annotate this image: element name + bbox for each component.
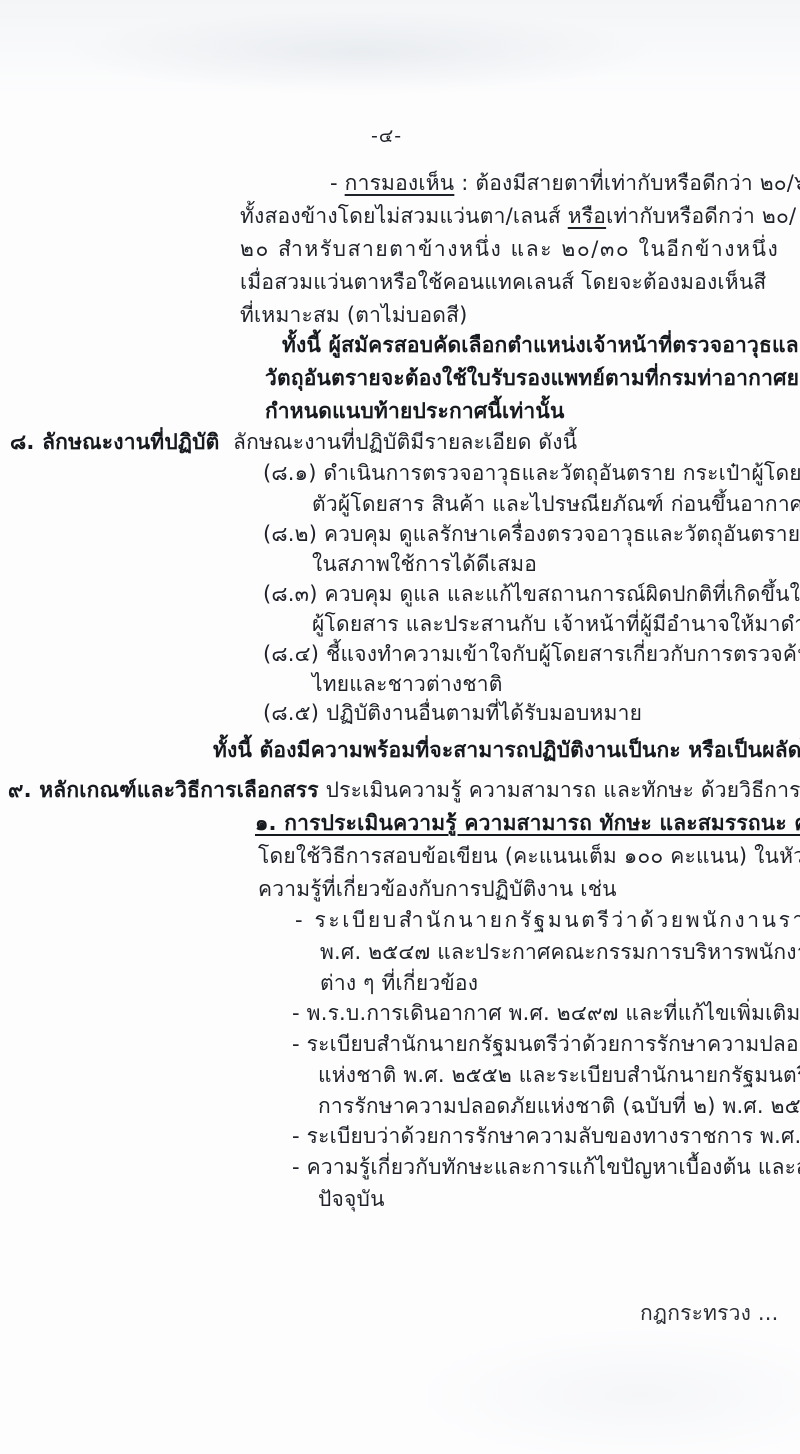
page-number: -๔- bbox=[371, 125, 402, 149]
section9-intro: ประเมินความรู้ ความสามารถ และทักษะ ด้วยว… bbox=[319, 778, 800, 802]
section8-intro: ลักษณะงานที่ปฏิบัติมีรายละเอียด ดังนี้ bbox=[233, 429, 577, 455]
section8-heading: ๘. ลักษณะงานที่ปฏิบัติ bbox=[10, 429, 220, 455]
exam-topic-1-line-1: - ระเบียบสำนักนายกรัฐมนตรีว่าด้วยพนักงาน… bbox=[295, 907, 800, 933]
vision-line-2-before: ทั้งสองข้างโดยไม่สวมแว่นตา/เลนส์ bbox=[240, 204, 568, 228]
exam-topic-2-line-1: - พ.ร.บ.การเดินอากาศ พ.ศ. ๒๔๙๗ และที่แก้… bbox=[292, 1000, 800, 1026]
vision-term-underlined: การมองเห็น bbox=[345, 171, 455, 195]
exam-topic-1-line-2: พ.ศ. ๒๕๔๗ และประกาศคณะกรรมการบริหารพนักง… bbox=[320, 939, 800, 965]
duty-item-8-1-text: ดำเนินการตรวจอาวุธและวัตถุอันตราย กระเป๋… bbox=[323, 461, 800, 485]
vision-line-4: เมื่อสวมแว่นตาหรือใช้คอนแทคเลนส์ โดยจะต้… bbox=[240, 269, 766, 295]
exam-topic-3-line-1: - ระเบียบสำนักนายกรัฐมนตรีว่าด้วยการรักษ… bbox=[292, 1031, 800, 1057]
vision-dash: - bbox=[330, 171, 345, 195]
exam-topic-1-line-3: ต่าง ๆ ที่เกี่ยวข้อง bbox=[320, 970, 478, 996]
vision-line-2: ทั้งสองข้างโดยไม่สวมแว่นตา/เลนส์ หรือเท่… bbox=[240, 203, 796, 229]
duty-item-8-2-line-1: (๘.๒) ควบคุม ดูแลรักษาเครื่องตรวจอาวุธแล… bbox=[263, 521, 800, 547]
duty-item-8-3-line-1: (๘.๓) ควบคุม ดูแล และแก้ไขสถานการณ์ผิดปก… bbox=[263, 581, 800, 607]
duty-item-8-1-line-1: (๘.๑) ดำเนินการตรวจอาวุธและวัตถุอันตราย … bbox=[263, 460, 800, 486]
medical-note-line-1: ทั้งนี้ ผู้สมัครสอบคัดเลือกตำแหน่งเจ้าหน… bbox=[282, 332, 800, 358]
exam-topic-3-line-3: การรักษาความปลอดภัยแห่งชาติ (ฉบับที่ ๒) … bbox=[318, 1093, 800, 1119]
duty-item-8-3-number: (๘.๓) bbox=[263, 582, 318, 606]
exam-topic-4-line-1: - ระเบียบว่าด้วยการรักษาความลับของทางราช… bbox=[292, 1123, 800, 1149]
shift-work-note: ทั้งนี้ ต้องมีความพร้อมที่จะสามารถปฏิบัต… bbox=[213, 737, 800, 763]
duty-item-8-3-text: ควบคุม ดูแล และแก้ไขสถานการณ์ผิดปกติที่เ… bbox=[325, 582, 800, 606]
duty-item-8-4-text: ชี้แจงทำความเข้าใจกับผู้โดยสารเกี่ยวกับก… bbox=[326, 642, 800, 666]
duty-item-8-5-text: ปฏิบัติงานอื่นตามที่ได้รับมอบหมาย bbox=[326, 701, 642, 725]
medical-note-line-3: กำหนดแนบท้ายประกาศนี้เท่านั้น bbox=[265, 398, 565, 424]
vision-line-2-after: เท่ากับหรือดีกว่า ๒๐/ bbox=[606, 204, 796, 228]
duty-item-8-4-number: (๘.๔) bbox=[263, 642, 319, 666]
vision-line-1-rest: : ต้องมีสายตาที่เท่ากับหรือดีกว่า ๒๐/๖๐ bbox=[454, 171, 800, 195]
assessment1-heading: ๑. การประเมินความรู้ ความสามารถ ทักษะ แล… bbox=[255, 810, 800, 836]
medical-note-line-2: วัตถุอันตรายจะต้องใช้ใบรับรองแพทย์ตามที่… bbox=[265, 365, 800, 391]
exam-topic-3-line-2: แห่งชาติ พ.ศ. ๒๕๕๒ และระเบียบสำนักนายกรั… bbox=[318, 1062, 800, 1088]
duty-item-8-5-number: (๘.๕) bbox=[263, 701, 319, 725]
vision-line-5: ที่เหมาะสม (ตาไม่บอดสี) bbox=[240, 302, 468, 328]
duty-item-8-1-line-2: ตัวผู้โดยสาร สินค้า และไปรษณียภัณฑ์ ก่อน… bbox=[312, 491, 800, 517]
scanned-document-page: -๔- - การมองเห็น : ต้องมีสายตาที่เท่ากับ… bbox=[0, 0, 800, 1454]
section9-heading-line: ๙. หลักเกณฑ์และวิธีการเลือกสรร ประเมินคว… bbox=[8, 777, 800, 803]
duty-item-8-1-number: (๘.๑) bbox=[263, 461, 317, 485]
exam-topic-5-line-2: ปัจจุบัน bbox=[318, 1186, 385, 1212]
duty-item-8-2-text: ควบคุม ดูแลรักษาเครื่องตรวจอาวุธและวัตถุ… bbox=[324, 522, 800, 546]
duty-item-8-4-line-2: ไทยและชาวต่างชาติ bbox=[312, 671, 503, 697]
vision-line-3: ๒๐ สำหรับสายตาข้างหนึ่ง และ ๒๐/๓๐ ในอีกข… bbox=[240, 236, 779, 262]
duty-item-8-2-line-2: ในสภาพใช้การได้ดีเสมอ bbox=[312, 551, 537, 577]
assessment1-desc-line-2: ความรู้ที่เกี่ยวข้องกับการปฏิบัติงาน เช่… bbox=[258, 876, 617, 902]
vision-line-1: - การมองเห็น : ต้องมีสายตาที่เท่ากับหรือ… bbox=[330, 170, 800, 196]
continuation-note: กฎกระทรวง ... bbox=[640, 1300, 779, 1326]
vision-or-underlined: หรือ bbox=[568, 204, 606, 228]
exam-topic-5-line-1: - ความรู้เกี่ยวกับทักษะและการแก้ไขปัญหาเ… bbox=[292, 1154, 800, 1180]
duty-item-8-5-line-1: (๘.๕) ปฏิบัติงานอื่นตามที่ได้รับมอบหมาย bbox=[263, 700, 642, 726]
duty-item-8-2-number: (๘.๒) bbox=[263, 522, 317, 546]
section9-heading: ๙. หลักเกณฑ์และวิธีการเลือกสรร bbox=[8, 778, 319, 802]
duty-item-8-3-line-2: ผู้โดยสาร และประสานกับ เจ้าหน้าที่ผู้มีอ… bbox=[312, 611, 800, 637]
duty-item-8-4-line-1: (๘.๔) ชี้แจงทำความเข้าใจกับผู้โดยสารเกี่… bbox=[263, 641, 800, 667]
assessment1-desc-line-1: โดยใช้วิธีการสอบข้อเขียน (คะแนนเต็ม ๑๐๐ … bbox=[258, 843, 800, 869]
